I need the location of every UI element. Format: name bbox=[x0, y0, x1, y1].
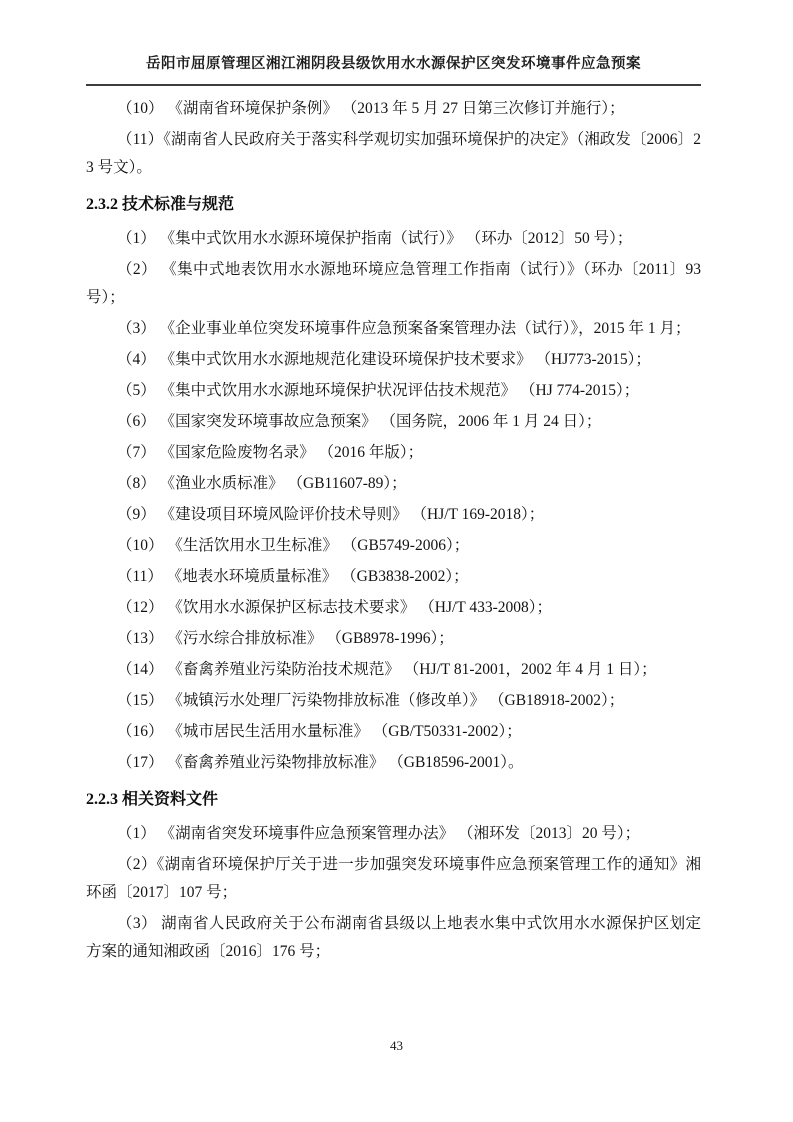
list-item: （1） 《集中式饮用水水源环境保护指南（试行）》 （环办〔2012〕50 号）； bbox=[86, 225, 701, 253]
list-item: （15） 《城镇污水处理厂污染物排放标准（修改单）》 （GB18918-2002… bbox=[86, 687, 701, 715]
page-footer: 43 bbox=[0, 1038, 793, 1054]
document-title: 岳阳市屈原管理区湘江湘阴段县级饮用水水源保护区突发环境事件应急预案 bbox=[146, 56, 641, 72]
list-item: （14） 《畜禽养殖业污染防治技术规范》 （HJ/T 81-2001，2002 … bbox=[86, 656, 701, 684]
list-item: （3） 《企业事业单位突发环境事件应急预案备案管理办法（试行）》，2015 年 … bbox=[86, 315, 701, 343]
section-heading-technical-standards: 2.3.2 技术标准与规范 bbox=[86, 191, 701, 219]
list-item: （13） 《污水综合排放标准》 （GB8978-1996）； bbox=[86, 625, 701, 653]
list-item: （8） 《渔业水质标准》 （GB11607-89）； bbox=[86, 470, 701, 498]
list-item: （4） 《集中式饮用水水源地规范化建设环境保护技术要求》 （HJ773-2015… bbox=[86, 346, 701, 374]
document-page: 岳阳市屈原管理区湘江湘阴段县级饮用水水源保护区突发环境事件应急预案 （10） 《… bbox=[0, 0, 793, 1122]
page-content: （10） 《湖南省环境保护条例》 （2013 年 5 月 27 日第三次修订并施… bbox=[86, 86, 701, 966]
list-item: （11） 《地表水环境质量标准》 （GB3838-2002）； bbox=[86, 563, 701, 591]
list-item: （17） 《畜禽养殖业污染物排放标准》 （GB18596-2001）。 bbox=[86, 749, 701, 777]
list-item: （5） 《集中式饮用水水源地环境保护状况评估技术规范》 （HJ 774-2015… bbox=[86, 377, 701, 405]
list-item: （9） 《建设项目环境风险评价技术导则》 （HJ/T 169-2018）； bbox=[86, 501, 701, 529]
list-item: （6） 《国家突发环境事故应急预案》 （国务院，2006 年 1 月 24 日）… bbox=[86, 408, 701, 436]
list-item: （1） 《湖南省突发环境事件应急预案管理办法》 （湘环发〔2013〕20 号）； bbox=[86, 820, 701, 848]
list-item: （12） 《饮用水水源保护区标志技术要求》 （HJ/T 433-2008）； bbox=[86, 594, 701, 622]
page-header: 岳阳市屈原管理区湘江湘阴段县级饮用水水源保护区突发环境事件应急预案 bbox=[86, 54, 701, 86]
list-item: （7） 《国家危险废物名录》 （2016 年版）； bbox=[86, 439, 701, 467]
list-item: （3） 湖南省人民政府关于公布湖南省县级以上地表水集中式饮用水水源保护区划定方案… bbox=[86, 910, 701, 966]
list-item: （2） 《集中式地表饮用水水源地环境应急管理工作指南（试行）》（环办〔2011〕… bbox=[86, 256, 701, 312]
list-item: （16） 《城市居民生活用水量标准》 （GB/T50331-2002）； bbox=[86, 718, 701, 746]
page-number: 43 bbox=[390, 1038, 403, 1053]
list-item: （2）《湖南省环境保护厅关于进一步加强突发环境事件应急预案管理工作的通知》湘环函… bbox=[86, 851, 701, 907]
list-item: （10） 《生活饮用水卫生标准》 （GB5749-2006）； bbox=[86, 532, 701, 560]
list-item: （11）《湖南省人民政府关于落实科学观切实加强环境保护的决定》（湘政发〔2006… bbox=[86, 126, 701, 182]
section-heading-related-documents: 2.2.3 相关资料文件 bbox=[86, 786, 701, 814]
list-item: （10） 《湖南省环境保护条例》 （2013 年 5 月 27 日第三次修订并施… bbox=[86, 95, 701, 123]
